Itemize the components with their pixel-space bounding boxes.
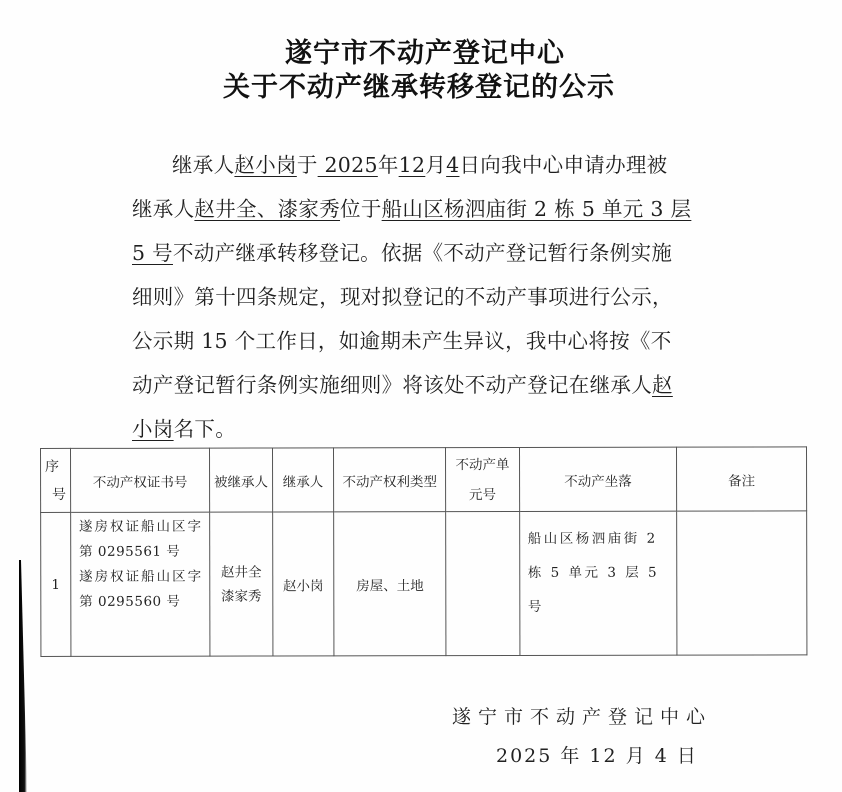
text: 继承人 <box>172 153 234 177</box>
header-seq: 序号 <box>41 448 71 512</box>
decedent-name: 漆家秀 <box>210 584 272 608</box>
apply-month: 12 <box>399 153 426 177</box>
body-line-6: 动产登记暂行条例实施细则》将该处不动产登记在继承人赵 <box>132 363 712 407</box>
decedent-names: 赵井全、漆家秀 <box>194 197 340 221</box>
header-right-type: 不动产权利类型 <box>334 448 446 512</box>
cell-heir: 赵小岗 <box>272 512 334 656</box>
heir-name-part: 赵 <box>652 373 673 397</box>
cell-location: 船山区杨泗庙街 2 栋 5 单元 3 层 5 号 <box>519 511 677 655</box>
header-unit-no: 不动产单元号 <box>446 447 519 511</box>
text: 年 <box>378 153 399 177</box>
cell-unit-no <box>446 511 520 655</box>
text: 月 <box>425 153 446 177</box>
apply-year: 2025 <box>318 153 378 177</box>
text: 动产登记暂行条例实施细则》将该处不动产登记在继承人 <box>132 373 652 397</box>
signature-date: 2025 年 12 月 4 日 <box>496 741 698 768</box>
cert-text: 遂房权证船山区字 <box>79 515 203 540</box>
table-header-row: 序号 不动产权证书号 被继承人 继承人 不动产权利类型 不动产单元号 不动产坐落… <box>41 447 807 513</box>
body-line-3: 5 号不动产继承转移登记。依据《不动产登记暂行条例实施 <box>132 231 712 275</box>
header-text: 元号 <box>446 479 518 509</box>
text: 不动产继承转移登记。依据《不动产登记暂行条例实施 <box>173 241 672 265</box>
decedent-name: 赵井全 <box>210 560 272 584</box>
signature-org: 遂宁市不动产登记中心 <box>452 702 712 729</box>
scan-edge-shadow <box>19 560 27 792</box>
header-location: 不动产坐落 <box>519 447 677 511</box>
cell-remarks <box>677 511 807 655</box>
cert-text: 第 0295561 号 <box>79 540 203 565</box>
text: 日向我中心申请办理被 <box>459 153 667 177</box>
document-title-subject: 关于不动产继承转移登记的公示 <box>0 70 840 106</box>
notice-body: 继承人赵小岗于 2025年12月4日向我中心申请办理被 继承人赵井全、漆家秀位于… <box>132 143 712 451</box>
body-line-2: 继承人赵井全、漆家秀位于船山区杨泗庙街 2 栋 5 单元 3 层 <box>132 187 712 231</box>
apply-day: 4 <box>446 153 459 177</box>
document-page: 遂宁市不动产登记中心 关于不动产继承转移登记的公示 继承人赵小岗于 2025年1… <box>0 0 842 792</box>
header-heir: 继承人 <box>272 448 334 512</box>
property-location-cont: 5 号 <box>132 241 173 265</box>
cell-right-type: 房屋、土地 <box>334 512 446 656</box>
location-text: 船山区杨泗庙街 2 <box>528 522 673 556</box>
table-row: 1 遂房权证船山区字 第 0295561 号 遂房权证船山区字 第 029556… <box>41 511 807 657</box>
cell-decedent: 赵井全 漆家秀 <box>210 512 273 656</box>
heir-name: 赵小岗 <box>234 153 296 177</box>
registration-table: 序号 不动产权证书号 被继承人 继承人 不动产权利类型 不动产单元号 不动产坐落… <box>40 446 807 657</box>
property-location: 船山区杨泗庙街 2 栋 5 单元 3 层 <box>382 197 692 221</box>
body-line-7: 小岗名下。 <box>132 407 712 451</box>
header-text: 序 <box>41 452 70 480</box>
body-line-1: 继承人赵小岗于 2025年12月4日向我中心申请办理被 <box>132 143 712 187</box>
cell-cert-no: 遂房权证船山区字 第 0295561 号 遂房权证船山区字 第 0295560 … <box>71 512 211 656</box>
header-cert-no: 不动产权证书号 <box>70 448 209 512</box>
header-text: 不动产单 <box>446 449 518 479</box>
text: 名下。 <box>174 417 236 441</box>
header-decedent: 被继承人 <box>210 448 273 512</box>
body-line-5: 公示期 15 个工作日，如逾期未产生异议，我中心将按《不 <box>132 319 712 363</box>
header-text: 号 <box>41 480 70 508</box>
cert-text: 遂房权证船山区字 <box>79 565 203 590</box>
header-remarks: 备注 <box>677 447 807 511</box>
text: 继承人 <box>132 197 194 221</box>
location-text: 栋 5 单元 3 层 5 号 <box>528 556 673 624</box>
document-title-org: 遂宁市不动产登记中心 <box>4 36 842 72</box>
cert-text: 第 0295560 号 <box>79 590 203 615</box>
text: 于 <box>297 153 318 177</box>
text: 位于 <box>340 197 382 221</box>
cell-seq: 1 <box>41 512 71 656</box>
heir-name-part: 小岗 <box>132 417 174 441</box>
body-line-4: 细则》第十四条规定，现对拟登记的不动产事项进行公示， <box>132 275 712 319</box>
